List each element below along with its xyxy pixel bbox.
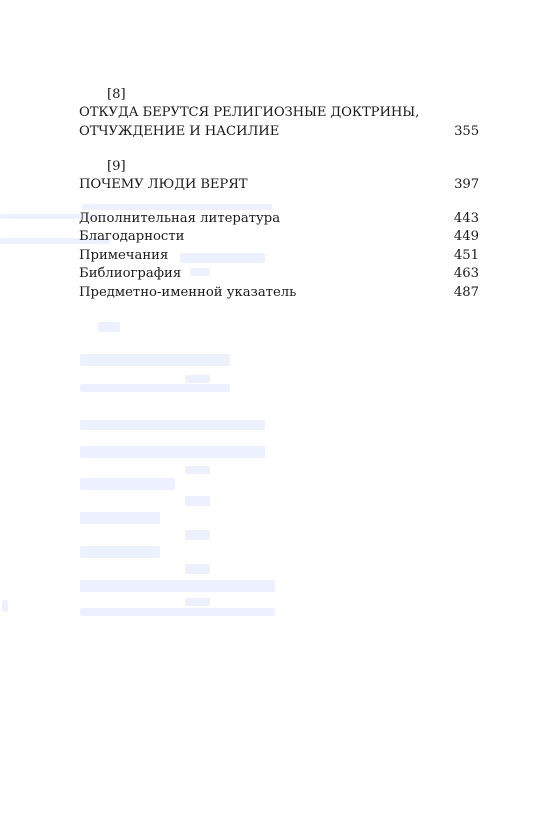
page-number: 449: [454, 228, 479, 247]
back-matter-list: Дополнительная литература 443 Благодарно…: [79, 210, 479, 303]
entry-title: Предметно-именной указатель: [79, 284, 296, 303]
toc-entry[interactable]: ПОЧЕМУ ЛЮДИ ВЕРЯТ 397: [79, 176, 479, 195]
page-number: 443: [454, 210, 479, 229]
page-number: 463: [454, 265, 479, 284]
show-through-artifact: [2, 600, 8, 612]
entry-title: Дополнительная литература: [79, 210, 280, 229]
show-through-artifact: [185, 564, 210, 574]
toc-chapter-9: [9] ПОЧЕМУ ЛЮДИ ВЕРЯТ 397: [79, 158, 479, 195]
show-through-artifact: [80, 420, 265, 430]
show-through-artifact: [80, 580, 275, 592]
chapter-number: [8]: [79, 86, 479, 104]
entry-title: Библиография: [79, 265, 181, 284]
page-number: 355: [454, 123, 479, 142]
toc-entry[interactable]: ОТЧУЖДЕНИЕ И НАСИЛИЕ 355: [79, 123, 479, 142]
toc-entry[interactable]: Дополнительная литература 443: [79, 210, 479, 229]
toc-entry[interactable]: Библиография 463: [79, 265, 479, 284]
show-through-artifact: [80, 446, 265, 458]
show-through-artifact: [98, 322, 120, 332]
page-number: 397: [454, 176, 479, 195]
toc-entry[interactable]: Предметно-именной указатель 487: [79, 284, 479, 303]
entry-title: Примечания: [79, 247, 168, 266]
chapter-title: ПОЧЕМУ ЛЮДИ ВЕРЯТ: [79, 176, 247, 195]
page-number: 487: [454, 284, 479, 303]
table-of-contents: [8] ОТКУДА БЕРУТСЯ РЕЛИГИОЗНЫЕ ДОКТРИНЫ,…: [79, 86, 479, 302]
show-through-artifact: [80, 512, 160, 524]
show-through-artifact: [185, 530, 210, 540]
toc-chapter-8: [8] ОТКУДА БЕРУТСЯ РЕЛИГИОЗНЫЕ ДОКТРИНЫ,…: [79, 86, 479, 141]
show-through-artifact: [185, 466, 210, 474]
show-through-artifact: [185, 598, 210, 606]
chapter-title: ОТЧУЖДЕНИЕ И НАСИЛИЕ: [79, 123, 279, 142]
book-page: [8] ОТКУДА БЕРУТСЯ РЕЛИГИОЗНЫЕ ДОКТРИНЫ,…: [0, 0, 538, 819]
toc-entry[interactable]: Примечания 451: [79, 247, 479, 266]
chapter-title: ОТКУДА БЕРУТСЯ РЕЛИГИОЗНЫЕ ДОКТРИНЫ,: [79, 104, 419, 123]
show-through-artifact: [80, 478, 175, 490]
chapter-title-line: ОТКУДА БЕРУТСЯ РЕЛИГИОЗНЫЕ ДОКТРИНЫ,: [79, 104, 479, 123]
show-through-artifact: [80, 384, 230, 392]
page-number: 451: [454, 247, 479, 266]
show-through-artifact: [80, 608, 275, 616]
show-through-artifact: [185, 496, 210, 506]
show-through-artifact: [185, 375, 210, 383]
show-through-artifact: [80, 354, 230, 366]
chapter-number: [9]: [79, 158, 479, 176]
toc-entry[interactable]: Благодарности 449: [79, 228, 479, 247]
show-through-artifact: [80, 546, 160, 558]
entry-title: Благодарности: [79, 228, 184, 247]
